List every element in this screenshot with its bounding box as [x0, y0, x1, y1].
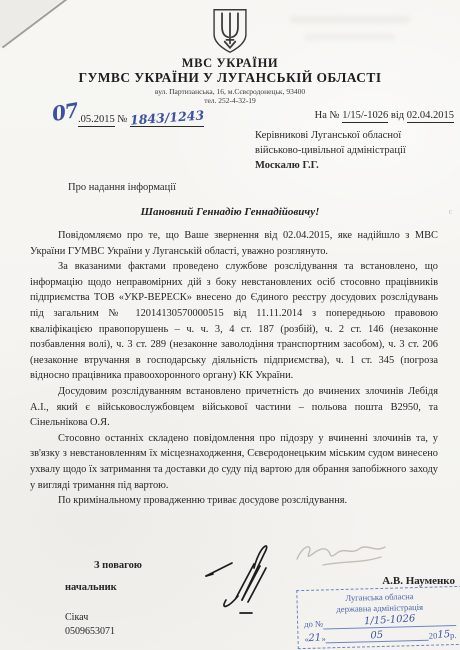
- salutation: Шановний Геннадію Геннадійовичу!: [0, 206, 460, 218]
- stamp-handwritten-year: 15: [437, 629, 450, 640]
- letter-body: Повідомляємо про те, що Ваше звернення в…: [30, 228, 438, 509]
- paragraph-1: Повідомляємо про те, що Ваше звернення в…: [30, 228, 438, 259]
- reply-date: 02.04.2015: [407, 110, 454, 123]
- reply-number: 1/15/-1026: [342, 110, 388, 123]
- reply-mid: від: [391, 110, 404, 121]
- org-name-line2: ГУМВС УКРАЇНИ У ЛУГАНСЬКІЙ ОБЛАСТІ: [0, 70, 460, 86]
- reply-prefix: На №: [315, 110, 340, 121]
- closing-phrase: З повагою: [94, 560, 142, 571]
- stamp-handwritten-number: 1/15-1026: [364, 614, 416, 628]
- addressee-name: Москалю Г.Г.: [255, 158, 406, 173]
- pencil-annotation-scribble: [293, 537, 393, 571]
- scan-corner-fold: [0, 0, 66, 52]
- scan-artifact: [290, 16, 410, 23]
- handwritten-signature: [198, 538, 288, 616]
- stamp-year-suffix: р.: [450, 630, 457, 641]
- handwritten-day: 07: [50, 98, 80, 126]
- ukraine-trident-emblem-icon: [210, 8, 250, 54]
- executor-phone: 0509653071: [65, 626, 115, 637]
- scanned-letter-page: МВС УКРАЇНИ ГУМВС УКРАЇНИ У ЛУГАНСЬКІЙ О…: [0, 0, 460, 650]
- incoming-reference: На № 1/15/-1026 від 02.04.2015: [315, 110, 454, 121]
- number-sign: №: [117, 114, 127, 125]
- addressee-block: Керівникові Луганської обласної військов…: [255, 128, 406, 173]
- addressee-line1: Керівникові Луганської обласної: [255, 128, 406, 143]
- scan-artifact: [305, 34, 395, 40]
- stamp-to-label: до №: [304, 618, 323, 629]
- paragraph-2: За вказаними фактами проведено службове …: [30, 259, 438, 384]
- outgoing-reference: .05.2015 № 1843/1243: [78, 110, 204, 125]
- stamp-handwritten-month: 05: [371, 630, 384, 641]
- signer-name: А.В. Науменко: [382, 575, 455, 587]
- addressee-line2: військово-цивільної адміністрації: [255, 143, 406, 158]
- paragraph-5: По кримінальному провадженню триває досу…: [30, 493, 438, 509]
- paragraph-4: Стосовно останніх складено повідомлення …: [30, 431, 438, 493]
- scan-artifact: є: [449, 207, 452, 216]
- signer-title: начальник: [65, 582, 117, 593]
- stamp-year-prefix: 20: [429, 630, 438, 641]
- stamp-handwritten-day: 21: [309, 633, 322, 644]
- handwritten-outgoing-number: 1843/1243: [130, 107, 205, 127]
- subject-line: Про надання інформації: [68, 182, 176, 193]
- outgoing-date: .05.2015: [78, 114, 115, 127]
- registration-stamp: Луганська обласна державна адміністрація…: [296, 586, 460, 649]
- executor-name: Сікач: [65, 612, 88, 623]
- org-address: вул. Партизанська, 16, м.Сєвєродонецьк, …: [0, 87, 460, 96]
- org-name-line1: МВС УКРАЇНИ: [0, 56, 460, 71]
- paragraph-3: Досудовим розслідуванням встановлено при…: [30, 384, 438, 431]
